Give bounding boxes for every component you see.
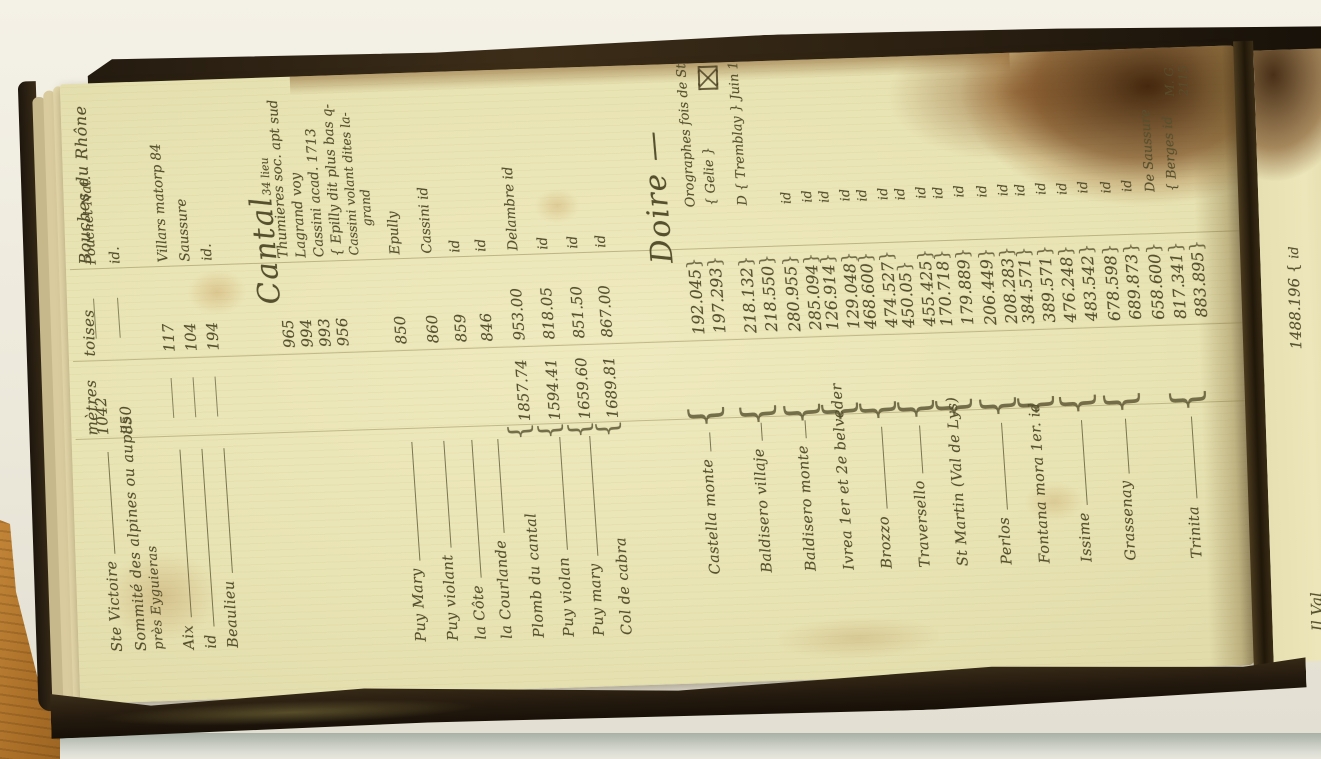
name-dash <box>1117 419 1130 474</box>
toises-value: 851.50 <box>567 285 589 339</box>
name-dash <box>1183 416 1198 499</box>
toises-value: 860 <box>423 314 443 344</box>
pair-brace: { <box>747 401 767 428</box>
observer-note: id <box>1119 179 1138 193</box>
note-text: id <box>535 236 552 250</box>
place-name-line2: près Eyguieras <box>135 415 169 651</box>
toises-value: 953.00 <box>507 287 529 341</box>
row-name: Puy Mary <box>399 435 431 643</box>
note-text: Cassini id <box>415 186 436 254</box>
doire-value: 179.889 <box>954 259 977 326</box>
observer-note: id <box>778 191 797 205</box>
observer-note: Epully <box>384 211 405 256</box>
name-dash <box>701 432 711 452</box>
place-name: Puy Mary <box>408 568 431 643</box>
name-dash <box>581 436 598 557</box>
toises-value: 859 <box>451 313 471 343</box>
pair-brace: { <box>1177 387 1197 414</box>
observer-note: { Gelie } <box>700 146 722 206</box>
place-name: Aix <box>179 624 199 650</box>
metres-value: 1689.81 <box>600 356 622 419</box>
row-name: Puy violant <box>431 434 463 642</box>
doire-value: 678.598 <box>1101 255 1124 322</box>
place-name: Beaulieu <box>220 580 243 649</box>
close-brace: } <box>683 257 705 270</box>
toises-value: 194 <box>203 321 223 351</box>
observer-note: id <box>1098 180 1117 194</box>
close-brace: } <box>1165 241 1187 254</box>
empty-cell-dash <box>185 377 197 418</box>
observer-note: id <box>1075 180 1094 194</box>
observer-note: Delambre id <box>499 166 523 251</box>
empty-cell-dash <box>109 298 121 339</box>
doire-value: 206.449 <box>977 259 1000 326</box>
close-brace: } <box>1076 243 1098 256</box>
close-brace: } <box>1143 242 1165 255</box>
empty-cell-dash <box>207 377 219 418</box>
toises-value: 867.00 <box>595 285 617 339</box>
observer-note: id. <box>106 246 125 264</box>
note-text: id <box>565 235 582 249</box>
name-dash <box>489 439 504 533</box>
pair-brace: { <box>905 396 925 423</box>
value-brace: { <box>570 420 589 439</box>
partial-text-fragment: Il Val <box>1307 592 1321 631</box>
place-name: Puy mary <box>586 563 609 637</box>
note-text: id <box>447 239 464 253</box>
doire-value: 689.873 <box>1122 253 1145 320</box>
close-brace: } <box>704 255 726 268</box>
pair-brace: { <box>1111 389 1131 416</box>
row-name: Castella monte <box>697 425 725 575</box>
place-name: Issime <box>1075 512 1096 563</box>
pair-brace: { <box>829 398 849 425</box>
photograph-scene: mètres toises Bouches du Rhône Cantal34 … <box>0 0 1321 759</box>
place-name: la Côte <box>469 584 491 640</box>
section-title-doire: Doire — <box>634 128 680 264</box>
observer-note: De Saussure <box>1137 109 1161 193</box>
row-name: Puy violan <box>547 430 579 638</box>
observer-note: id <box>951 184 970 198</box>
pair-brace: { <box>1025 392 1045 419</box>
doire-value: 883.895 <box>1188 251 1211 318</box>
note-brace: { <box>329 243 346 257</box>
observer-note: id <box>854 188 873 202</box>
doire-value: 476.248 <box>1057 256 1080 323</box>
close-brace: } <box>1120 242 1142 255</box>
close-brace: } <box>1186 239 1208 252</box>
name-dash <box>993 423 1008 511</box>
value-brace: { <box>510 422 529 441</box>
row-name: Plomb du cantal <box>517 431 549 639</box>
observer-note: { Berges id <box>1159 116 1182 192</box>
pair-brace: { <box>695 403 715 430</box>
doire-value: 468.600 <box>857 263 880 330</box>
doire-value: 197.293 <box>706 267 729 334</box>
observer-note: id. <box>197 243 216 261</box>
place-name: Baldisero villaje <box>750 448 776 574</box>
handwritten-table: mètres toises Bouches du Rhône Cantal34 … <box>64 45 1256 699</box>
toises-value: 818.05 <box>537 286 559 340</box>
close-brace: } <box>931 249 953 262</box>
close-brace: } <box>855 251 877 264</box>
name-dash <box>1073 420 1088 505</box>
observer-note: Saussure <box>172 198 194 262</box>
toises-value: 104 <box>181 322 201 352</box>
place-name: id <box>202 633 221 649</box>
metres-value: 1042 <box>92 397 113 436</box>
place-name: Castella monte <box>699 458 725 575</box>
doire-value: 817.341 <box>1167 252 1190 319</box>
doire-value: 218.132 <box>737 267 760 334</box>
note-text: id. <box>198 243 215 261</box>
place-name: Ste Victoire <box>103 560 127 652</box>
note-text: Delambre id <box>500 166 522 251</box>
note-text: id. <box>107 246 124 264</box>
name-dash <box>403 442 420 562</box>
close-brace: } <box>1099 243 1121 256</box>
observer-note: id <box>534 236 553 250</box>
metres-value: 1857.74 <box>512 359 534 422</box>
doire-value: 658.600 <box>1145 253 1168 320</box>
observer-note: id <box>930 186 949 200</box>
row-name: Baldisero villaje <box>749 423 777 573</box>
name-dash <box>215 448 233 574</box>
doire-value: 389.571 <box>1036 256 1059 323</box>
ledger-page: mètres toises Bouches du Rhône Cantal34 … <box>60 45 1256 704</box>
empty-cell-dash <box>163 378 175 419</box>
name-dash <box>463 440 481 578</box>
toises-value: 846 <box>477 312 497 342</box>
close-brace: } <box>952 247 974 260</box>
doire-value: 450.05 <box>896 271 919 328</box>
doire-value: 126.914 <box>819 264 842 331</box>
observer-note: Cassini id <box>414 186 437 254</box>
doire-value: 192.045 <box>685 268 708 335</box>
close-brace: } <box>1013 246 1035 259</box>
toises-value: 965 <box>279 319 299 349</box>
close-brace: } <box>894 260 916 273</box>
note-text: Villars matorp 84 <box>148 143 172 263</box>
metres-value: 1594.41 <box>542 358 564 421</box>
close-brace: } <box>735 255 757 268</box>
empty-cell-dash <box>85 299 97 340</box>
observer-note: Villars matorp 84 <box>147 143 173 263</box>
observer-note: id <box>446 239 465 253</box>
place-name: Col de cabra <box>612 537 637 636</box>
value-brace: { <box>598 419 617 438</box>
close-brace: } <box>779 254 801 267</box>
observer-note: id <box>472 238 491 252</box>
note-text: id <box>473 238 490 252</box>
doire-value: 218.550 <box>758 265 781 332</box>
toises-value: 993 <box>315 318 335 348</box>
observer-note: id <box>1054 182 1073 196</box>
pair-brace: { <box>1067 390 1087 417</box>
observer-note: id <box>1012 183 1031 197</box>
close-brace: } <box>1034 244 1056 257</box>
name-dash <box>435 441 451 548</box>
close-brace: } <box>817 252 839 265</box>
place-name: Trinita <box>1185 505 1207 559</box>
name-dash <box>873 427 888 510</box>
close-brace: } <box>1055 244 1077 257</box>
place-name: la Courlande <box>492 539 517 639</box>
doire-value: 280.955 <box>781 265 804 332</box>
note-text: Pouchet Nat. <box>78 175 100 265</box>
place-name: Puy violant <box>439 554 463 641</box>
toises-value: 850 <box>391 315 411 345</box>
observer-note: id <box>816 190 835 204</box>
next-page-value: 1488.196 { id <box>1284 246 1305 350</box>
place-name: Perlos <box>995 516 1016 565</box>
note-text: Saussure <box>173 198 193 262</box>
metres-value: 1659.60 <box>572 357 594 420</box>
name-dash <box>911 425 923 473</box>
toises-value: 994 <box>297 318 317 348</box>
name-dash <box>171 450 191 619</box>
metres-value: 850 <box>116 405 136 435</box>
doire-value: 384.571 <box>1015 257 1038 324</box>
ledger-book: mètres toises Bouches du Rhône Cantal34 … <box>1 8 1321 752</box>
pair-brace: { <box>867 397 887 424</box>
close-brace: } <box>975 247 997 260</box>
pair-brace: { <box>943 394 963 421</box>
place-name: Brozzo <box>875 515 897 569</box>
doire-value: 170.718 <box>933 260 956 327</box>
observer-note: id <box>1033 182 1052 196</box>
close-brace: } <box>756 254 778 267</box>
row-name: Puy mary <box>577 429 609 637</box>
place-name: Plomb du cantal <box>522 512 548 638</box>
observer-note: id <box>892 187 911 201</box>
observer-note: id <box>564 235 583 249</box>
value-brace: { <box>540 421 559 440</box>
observer-note: id <box>974 184 993 198</box>
pair-brace: { <box>987 393 1007 420</box>
observer-note: id <box>592 234 611 248</box>
pair-brace: { <box>791 400 811 427</box>
name-dash <box>551 437 568 550</box>
toises-value: 956 <box>333 317 353 347</box>
observer-note: D { Tremblay } Juin 1807 <box>723 45 752 206</box>
value-pair: 192.045}Orographes fois de St.197.293}{ … <box>673 73 733 335</box>
observer-note: { Epilly dit plus bas q-Cassini volant d… <box>318 101 376 257</box>
note-text: id <box>593 234 610 248</box>
name-dash <box>100 452 116 554</box>
note-text: Epully <box>385 211 404 255</box>
toises-value: 117 <box>159 323 179 353</box>
place-name: Puy violan <box>555 556 578 637</box>
doire-value: 483.542 <box>1078 255 1101 322</box>
